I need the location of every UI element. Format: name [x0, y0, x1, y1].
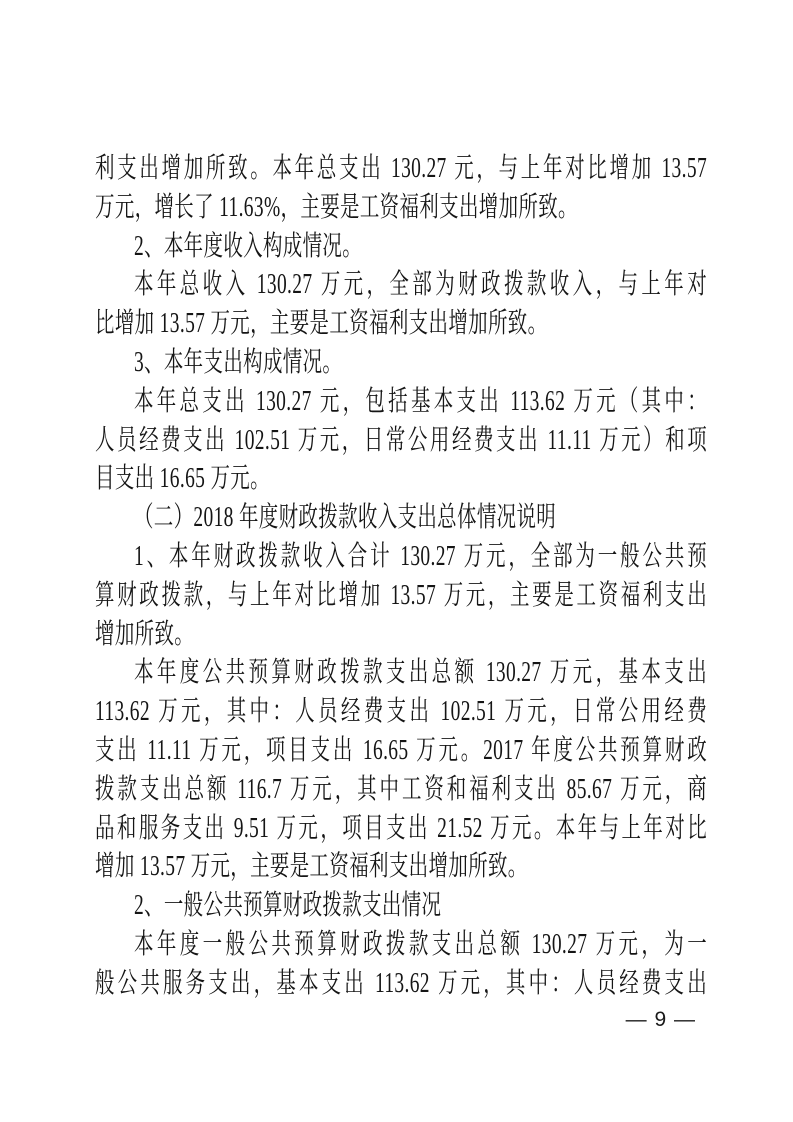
text-line: 本年度一般公共预算财政拨款支出总额 130.27 万元，为一 — [95, 926, 707, 965]
text-line: 113.62 万元，其中：人员经费支出 102.51 万元，日常公用经费 — [95, 693, 707, 732]
text-line: 拨款支出总额 116.7 万元，其中工资和福利支出 85.67 万元，商 — [95, 771, 707, 810]
text-line: 本年度公共预算财政拨款支出总额 130.27 万元，基本支出 — [95, 654, 707, 693]
text-line: 本年总支出 130.27 元，包括基本支出 113.62 万元（其中： — [95, 383, 707, 422]
text-line: 本年总收入 130.27 万元，全部为财政拨款收入，与上年对 — [95, 266, 707, 305]
text-line: （二）2018 年度财政拨款收入支出总体情况说明 — [95, 499, 707, 538]
text-line: 算财政拨款，与上年对比增加 13.57 万元，主要是工资福利支出 — [95, 577, 707, 616]
text-line: 人员经费支出 102.51 万元，日常公用经费支出 11.11 万元）和项 — [95, 422, 707, 461]
document-body: 利支出增加所致。本年总支出 130.27 元，与上年对比增加 13.57万元，增… — [95, 150, 707, 1004]
text-line: 万元，增长了 11.63%，主要是工资福利支出增加所致。 — [95, 189, 707, 228]
text-line: 品和服务支出 9.51 万元，项目支出 21.52 万元。本年与上年对比 — [95, 810, 707, 849]
text-line: 2、本年度收入构成情况。 — [95, 228, 707, 267]
text-line: 目支出 16.65 万元。 — [95, 460, 707, 499]
text-line: 3、本年支出构成情况。 — [95, 344, 707, 383]
page-number: — 9 — — [626, 1008, 696, 1032]
text-line: 支出 11.11 万元，项目支出 16.65 万元。2017 年度公共预算财政 — [95, 732, 707, 771]
document-page: 利支出增加所致。本年总支出 130.27 元，与上年对比增加 13.57万元，增… — [0, 0, 793, 1122]
text-line: 增加 13.57 万元，主要是工资福利支出增加所致。 — [95, 848, 707, 887]
text-line: 增加所致。 — [95, 616, 707, 655]
text-line: 2、一般公共预算财政拨款支出情况 — [95, 887, 707, 926]
text-line: 般公共服务支出，基本支出 113.62 万元，其中：人员经费支出 — [95, 965, 707, 1004]
text-line: 1、本年财政拨款收入合计 130.27 万元，全部为一般公共预 — [95, 538, 707, 577]
text-line: 利支出增加所致。本年总支出 130.27 元，与上年对比增加 13.57 — [95, 150, 707, 189]
text-line: 比增加 13.57 万元，主要是工资福利支出增加所致。 — [95, 305, 707, 344]
